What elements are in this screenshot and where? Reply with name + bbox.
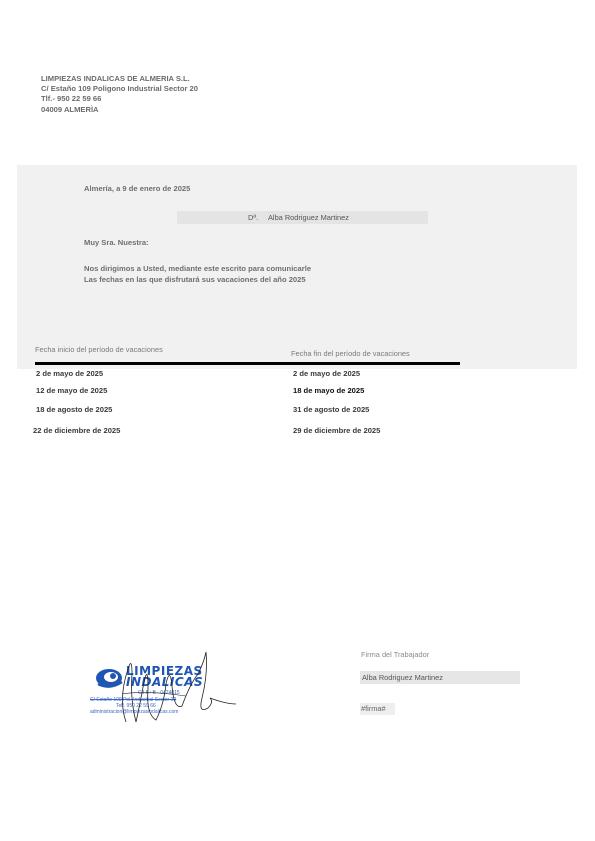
signature-placeholder: #firma# xyxy=(361,704,386,713)
period-3-start: 18 de agosto de 2025 xyxy=(36,405,112,414)
header-start-date: Fecha inicio del período de vacaciones xyxy=(35,345,163,354)
period-4-start: 22 de diciembre de 2025 xyxy=(33,426,120,435)
period-3-end: 31 de agosto de 2025 xyxy=(293,405,369,414)
letter-greeting: Muy Sra. Nuestra: xyxy=(84,238,149,247)
period-2-start: 12 de mayo de 2025 xyxy=(36,386,107,395)
period-1-start: 2 de mayo de 2025 xyxy=(36,369,103,378)
recipient-title: Dª. xyxy=(248,213,258,222)
header-divider xyxy=(35,362,460,365)
header-end-date: Fecha fin del período de vacaciones xyxy=(291,349,410,358)
worker-name: Alba Rodriguez Martinez xyxy=(362,673,443,682)
period-1-end: 2 de mayo de 2025 xyxy=(293,369,360,378)
company-stamp: LIMPIEZAS INDALICAS C.I.F.: B - 0424815 … xyxy=(86,644,246,726)
period-4-end: 29 de diciembre de 2025 xyxy=(293,426,380,435)
handwritten-signature-icon xyxy=(86,644,246,726)
letter-body: Nos dirigimos a Usted, mediante este esc… xyxy=(84,263,311,285)
company-address: C/ Estaño 109 Poligono Industrial Sector… xyxy=(41,84,198,94)
recipient-name: Alba Rodriguez Martinez xyxy=(268,213,349,222)
company-phone: Tlf.- 950 22 59 66 xyxy=(41,94,198,104)
company-header: LIMPIEZAS INDALICAS DE ALMERIA S.L. C/ E… xyxy=(41,74,198,115)
letter-date: Almería, a 9 de enero de 2025 xyxy=(84,184,190,193)
letter-body-line: Las fechas en las que disfrutará sus vac… xyxy=(84,274,311,285)
company-postal: 04009 ALMERÌA xyxy=(41,105,198,115)
letter-body-line: Nos dirigimos a Usted, mediante este esc… xyxy=(84,263,311,274)
company-name: LIMPIEZAS INDALICAS DE ALMERIA S.L. xyxy=(41,74,198,84)
period-2-end: 18 de mayo de 2025 xyxy=(293,386,364,395)
signature-label: Firma del Trabajador xyxy=(361,650,429,659)
